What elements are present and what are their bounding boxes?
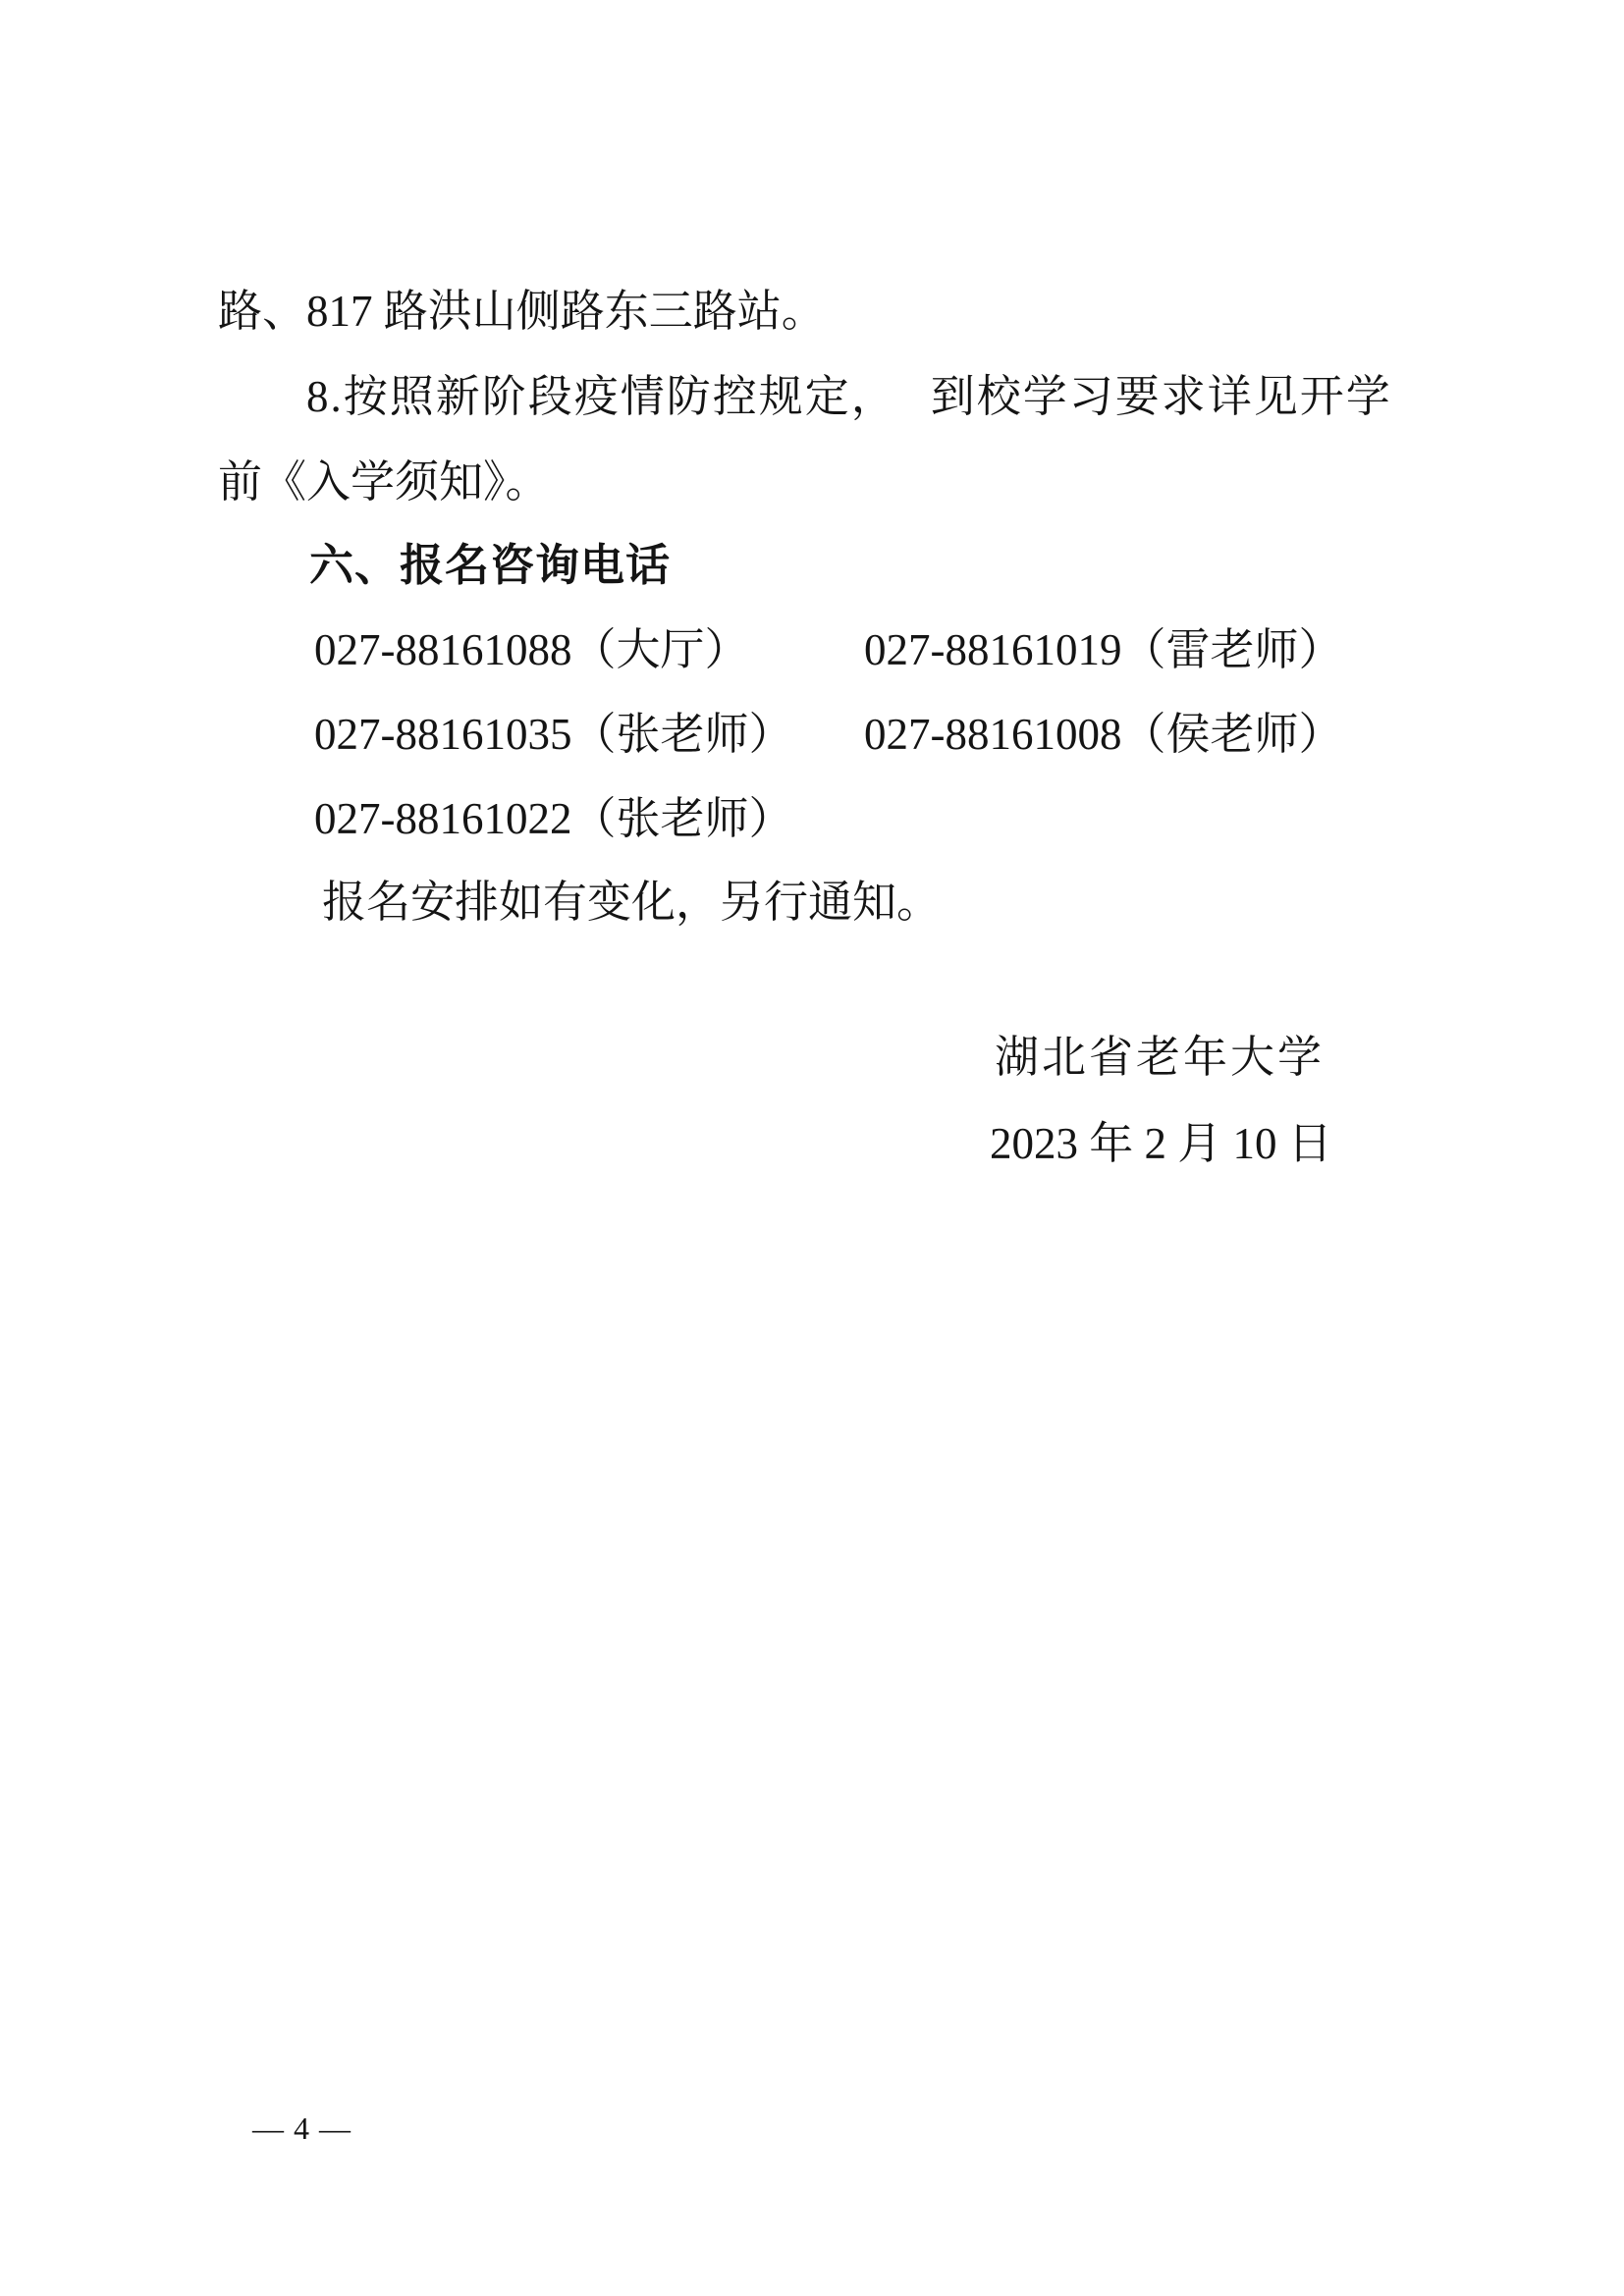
paragraph-covid-rule-line2: 前《入学须知》。 <box>218 456 550 507</box>
page-number: — 4 — <box>252 2103 352 2154</box>
phone-row-2: 027-88161035（张老师）027-88161008（侯老师） <box>314 709 1414 760</box>
paragraph-bus-route: 路、817 路洪山侧路东三路站。 <box>218 286 826 337</box>
phone-entry-hall: 027-88161088（大厅） <box>314 625 749 674</box>
paragraph-covid-rule-line1-part1: 8.按照新阶段疫情防控规定， <box>306 372 897 421</box>
paragraph-change-notice: 报名安排如有变化，另行通知。 <box>322 877 941 928</box>
phone-entry-teacher-zhang-1: 027-88161035（张老师） <box>314 710 793 759</box>
signature-date: 2023 年 2 月 10 日 <box>990 1118 1332 1169</box>
phone-entry-teacher-zhang-2: 027-88161022（张老师） <box>314 794 793 843</box>
phone-entry-teacher-hou: 027-88161008（侯老师） <box>864 709 1343 760</box>
paragraph-covid-rule-line1-part2: 到校学习要求详见开学 <box>931 372 1392 421</box>
phone-entry-teacher-lei: 027-88161019（雷老师） <box>864 624 1343 675</box>
signature-organization: 湖北省老年大学 <box>995 1032 1325 1083</box>
phone-row-1: 027-88161088（大厅）027-88161019（雷老师） <box>314 624 1414 675</box>
section-heading-phone: 六、报名咨询电话 <box>309 540 671 591</box>
document-page: 路、817 路洪山侧路东三路站。 8.按照新阶段疫情防控规定，到校学习要求详见开… <box>0 0 1624 2296</box>
phone-row-3: 027-88161022（张老师） <box>314 793 1414 844</box>
paragraph-covid-rule-line1: 8.按照新阶段疫情防控规定，到校学习要求详见开学 <box>306 371 1392 422</box>
